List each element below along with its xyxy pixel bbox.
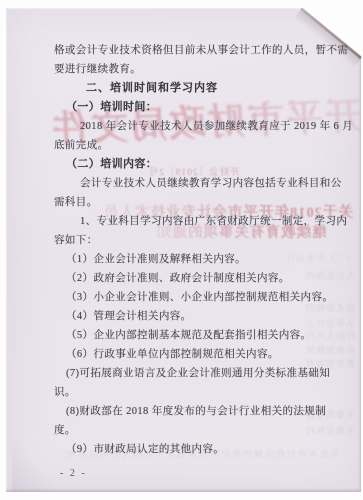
text-line: （5）企业内部控制基本规范及配套指引相关内容。	[54, 326, 354, 345]
text-line: 二、培训时间和学习内容	[54, 79, 354, 98]
text-line: （9）市财政局认定的其他内容。	[54, 440, 354, 459]
text-line: 底前完成。	[54, 136, 354, 155]
text-line: 2018 年会计专业技术人员参加继续教育应于 2019 年 6 月	[54, 117, 354, 136]
text-line: （3）小企业会计准则、小企业内部控制规范相关内容。	[54, 288, 354, 307]
text-line: （1）企业会计准则及解释相关内容。	[54, 250, 354, 269]
text-line: （一）培训时间：	[54, 98, 354, 117]
text-line: （2）政府会计准则、政府会计制度相关内容。	[54, 269, 354, 288]
bottom-left-crease	[12, 438, 64, 496]
document-page: 开平市财政局文件 开财会〔2019〕2号 关于2018年开平市会计专业技术人员 …	[6, 8, 361, 492]
text-line: 要进行继续教育。	[54, 60, 354, 79]
text-line: 会计专业技术人员继续教育学习内容包括专业科目和公	[54, 174, 354, 193]
text-line: 度。	[54, 421, 354, 440]
text-line: 格或会计专业技术资格但目前未从事会计工作的人员，暂不需	[54, 41, 354, 60]
text-line: （二）培训内容：	[54, 155, 354, 174]
text-line: 容如下：	[54, 231, 354, 250]
text-line: (7)可拓展商业语言及企业会计准则通用分类标准基础知	[54, 364, 354, 383]
document-body: 格或会计专业技术资格但目前未从事会计工作的人员，暂不需要进行继续教育。二、培训时…	[54, 41, 354, 459]
text-line: 1、专业科目学习内容由广东省财政厅统一制定，学习内	[54, 212, 354, 231]
page-number: - 2 -	[60, 468, 87, 479]
text-line: 识。	[54, 383, 354, 402]
text-line: 需科目。	[54, 193, 354, 212]
text-line: （4）管理会计相关内容。	[54, 307, 354, 326]
text-line: （6）行政事业单位内部控制规范相关内容。	[54, 345, 354, 364]
text-line: (8)财政部在 2018 年度发布的与会计行业相关的法规制	[54, 402, 354, 421]
